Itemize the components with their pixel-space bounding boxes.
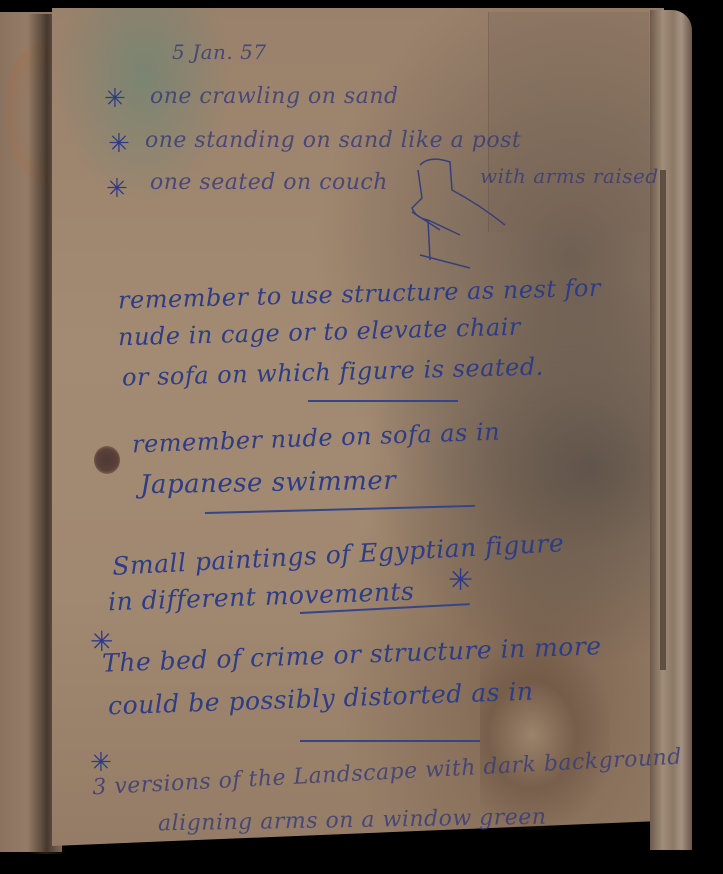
page-date: 5 Jan. 57 (172, 40, 267, 64)
note-line: one crawling on sand (150, 84, 399, 109)
note-line: Japanese swimmer (140, 466, 397, 500)
torn-paper-damage (480, 640, 610, 830)
notebook-spread: 5 Jan. 57 ✳ one crawling on sand ✳ one s… (0, 0, 723, 874)
asterisk-icon: ✳ (448, 566, 473, 596)
profile-sketch-icon (400, 150, 520, 270)
asterisk-icon: ✳ (90, 750, 112, 776)
divider-line (308, 400, 458, 402)
divider-line (300, 740, 480, 742)
note-line: aligning arms on a window green (158, 805, 547, 837)
note-line: one seated on couch (150, 170, 388, 195)
asterisk-icon: ✳ (108, 131, 130, 157)
ink-blot (94, 446, 120, 474)
asterisk-icon: ✳ (104, 86, 126, 112)
asterisk-icon: ✳ (106, 176, 128, 202)
page-edges (650, 10, 692, 850)
